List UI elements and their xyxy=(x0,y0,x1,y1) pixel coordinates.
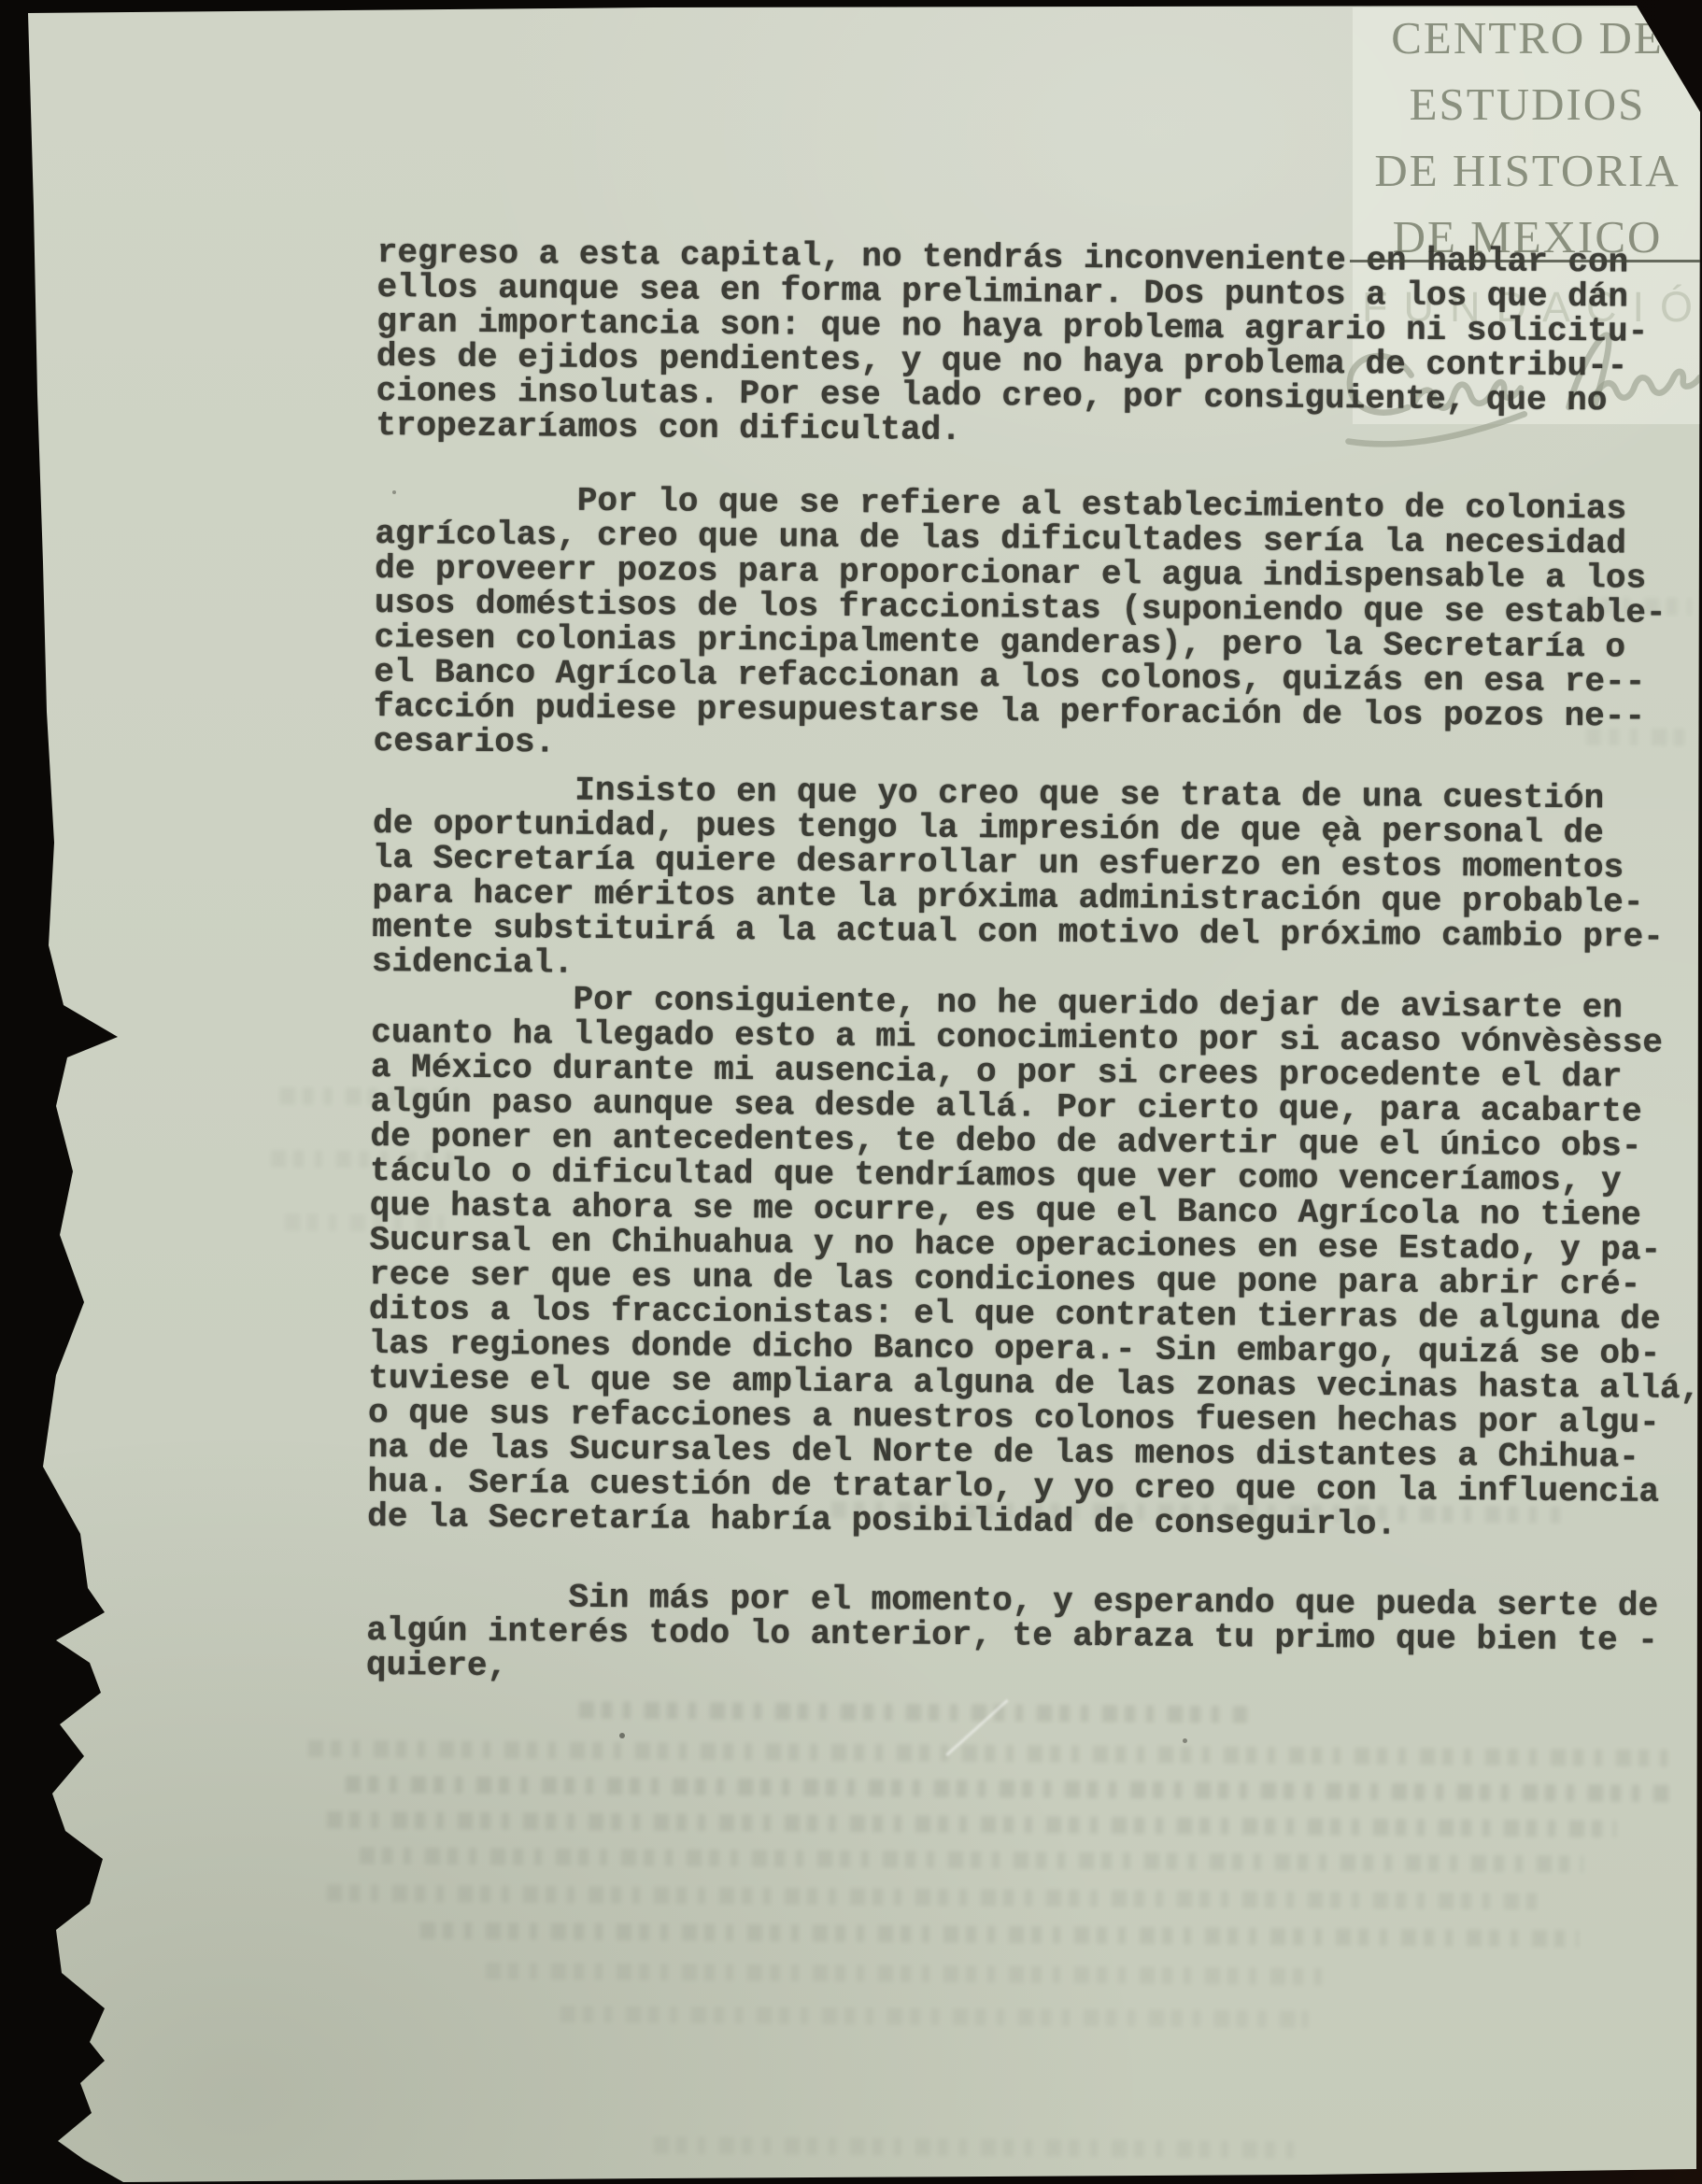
stamp-line: CENTRO DE xyxy=(1353,11,1702,64)
bleedthrough-ghost-line xyxy=(579,1702,1247,1723)
paragraph: Insisto en que yo creo que se trata de u… xyxy=(372,772,1702,989)
paper-speck xyxy=(392,490,396,494)
scanned-letter: CENTRO DE ESTUDIOS DE HISTORIA DE MEXICO… xyxy=(0,0,1702,2184)
paragraph: Sin más por el momento, y esperando que … xyxy=(366,1579,1702,1693)
paper-speck xyxy=(1183,1738,1187,1743)
bleedthrough-ghost-line xyxy=(486,1963,1326,1985)
bleedthrough-ghost-line xyxy=(360,1847,1583,1872)
bleedthrough-ghost-line xyxy=(346,1776,1672,1802)
bleedthrough-ghost-line xyxy=(327,1884,1541,1909)
stamp-line: ESTUDIOS xyxy=(1353,78,1702,131)
stamp-line: DE HISTORIA xyxy=(1353,144,1702,197)
paper-speck xyxy=(619,1733,625,1738)
paragraph: Por consiguiente, no he querido dejar de… xyxy=(367,981,1702,1544)
bleedthrough-ghost-line xyxy=(308,1740,1672,1766)
paper-sheet: CENTRO DE ESTUDIOS DE HISTORIA DE MEXICO… xyxy=(0,0,1702,2184)
paragraph: Por lo que se refiere al establecimiento… xyxy=(374,482,1702,769)
bleedthrough-ghost-line xyxy=(654,2137,1308,2159)
paragraph: regreso a esta capital, no tendrás incon… xyxy=(376,235,1702,453)
letter-body: regreso a esta capital, no tendrás incon… xyxy=(366,235,1702,1693)
bleedthrough-ghost-line xyxy=(420,1922,1579,1948)
stamp-underline xyxy=(1350,260,1702,262)
bleedthrough-ghost-line xyxy=(327,1811,1616,1837)
bleedthrough-ghost-line xyxy=(560,2006,1308,2028)
